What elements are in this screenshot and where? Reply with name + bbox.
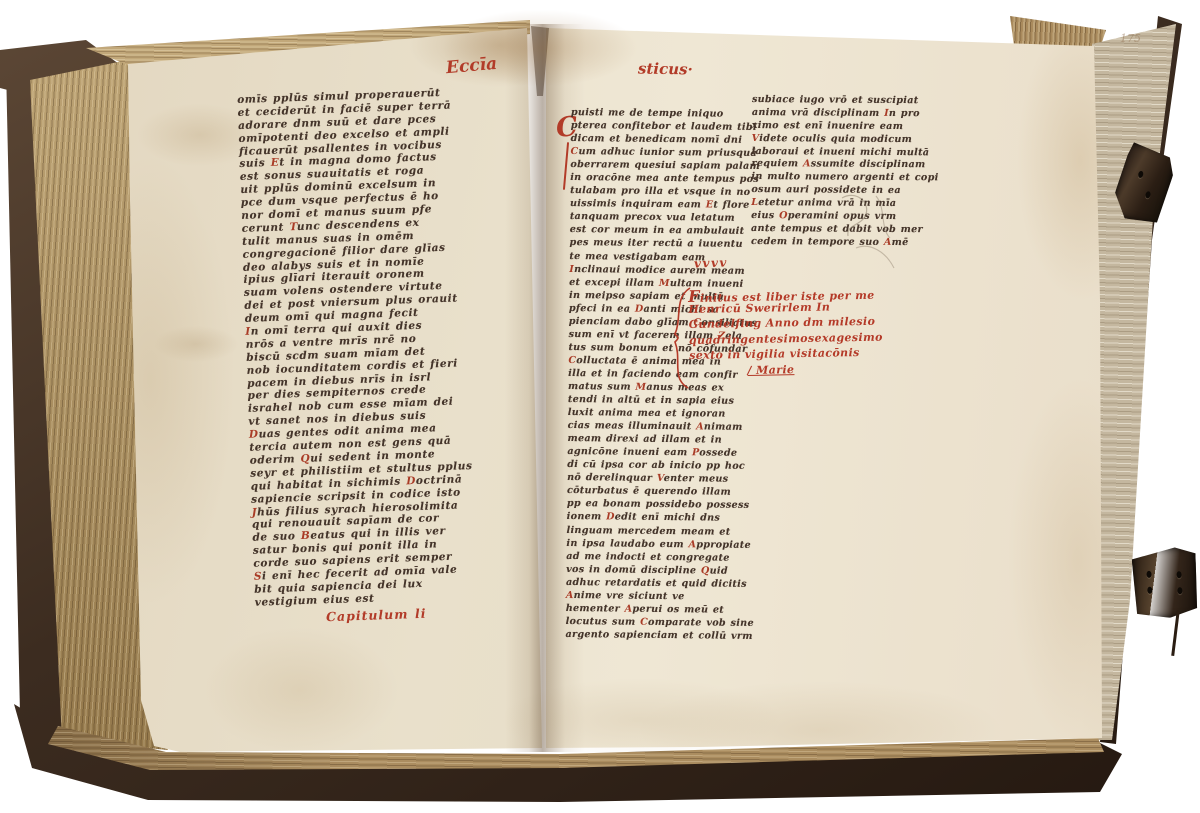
clasp-bottom (1131, 546, 1199, 619)
manuscript-line: subiace iugo vrō et suscipiat (752, 94, 916, 108)
manuscript-line: in multo numero argenti et copi (751, 171, 915, 185)
scribal-squiggle: vvvv (694, 255, 728, 270)
manuscript-line: argento sapienciam et collū vrm (565, 629, 739, 644)
margin-scribbles (836, 188, 900, 280)
manuscript-line: laboraui et inueni michi multā (752, 146, 916, 160)
left-page-text-column: omīs pplūs simul properauerūtet ceciderū… (237, 86, 497, 627)
manuscript-book-photo: Eccīa sticus· 175 omīs pplūs simul prope… (0, 0, 1200, 813)
running-header-right: sticus· (638, 60, 693, 79)
folio-number: 175 (1120, 32, 1141, 45)
clasp-pin (1171, 610, 1180, 656)
colophon-lines: Finitus est liber iste per meHenricū Swe… (688, 283, 895, 380)
manuscript-line: Videte oculis quia modicum (752, 133, 916, 147)
colophon: Finitus est liber iste per meHenricū Swe… (688, 283, 895, 380)
manuscript-line: Finitus est liber iste per me (688, 283, 893, 302)
manuscript-line: anima vrā disciplinam In pro (752, 107, 916, 121)
manuscript-line: requiem Assumite disciplinam (751, 158, 915, 172)
left-page-lines: omīs pplūs simul properauerūtet ceciderū… (237, 86, 497, 610)
manuscript-line: ximo est enī inuenire eam (752, 120, 916, 134)
